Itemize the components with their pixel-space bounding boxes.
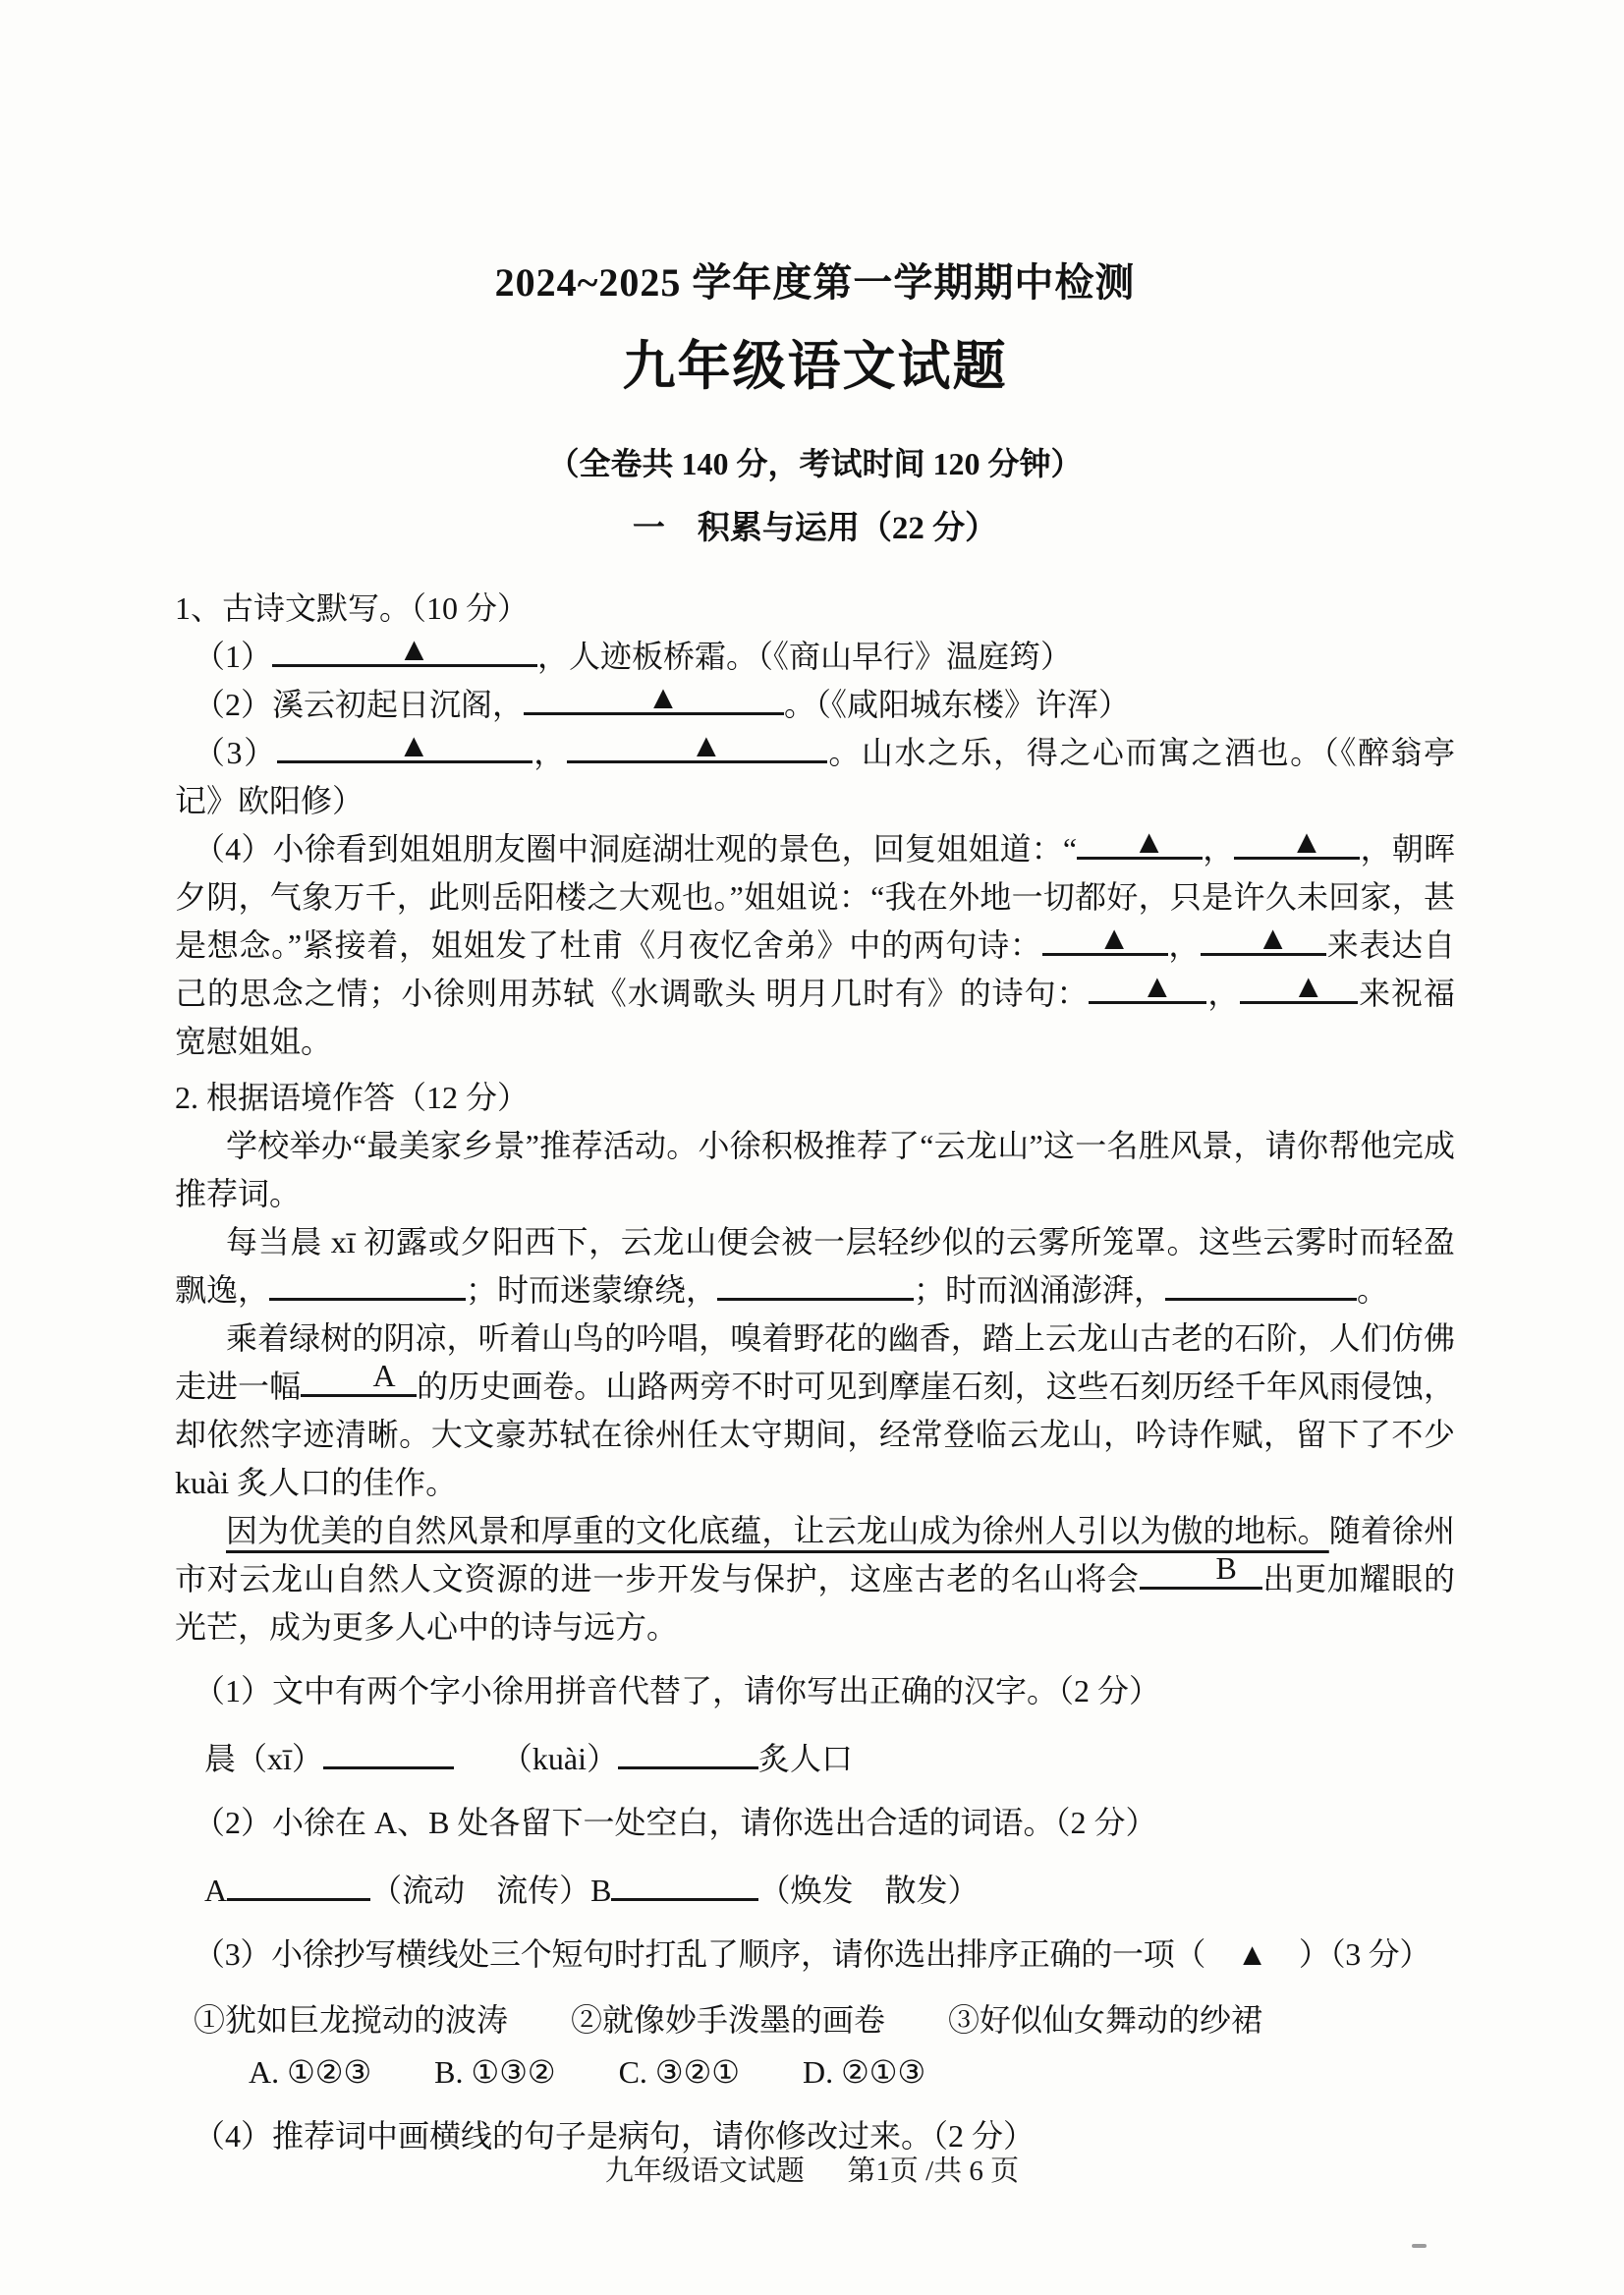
question1-heading: 1、古诗文默写。（10 分） <box>175 585 1455 633</box>
text-run: 。（《咸阳城东楼》许浑） <box>784 687 1130 722</box>
triangle-mark: ▲ <box>1238 923 1289 956</box>
q2-recommendation-paragraph-2: 乘着绿树的阴凉，听着山鸟的吟唱，嗅着野花的幽香，踏上云龙山古老的石阶，人们仿佛走… <box>175 1315 1455 1507</box>
triangle-mark: ▲ <box>1271 826 1322 860</box>
text-run: A. ①②③ B. ①③② C. ③②① D. ②①③ <box>249 2054 925 2090</box>
footer-page-number: 第1页 /共 6 页 <box>847 2155 1019 2187</box>
answer-blank-triangle: ▲ <box>1201 924 1326 956</box>
blank-label: B <box>1164 1552 1236 1584</box>
q2-recommendation-paragraph-1: 每当晨 xī 初露或夕阳西下，云龙山便会被一层轻纱似的云雾所笼罩。这些云雾时而轻… <box>175 1218 1455 1315</box>
answer-blank-triangle: ▲ <box>524 683 784 715</box>
triangle-mark: ▲ <box>628 682 679 715</box>
triangle-mark: ▲ <box>671 730 722 763</box>
text-run: 。 <box>1357 1272 1388 1308</box>
text-run: （3） <box>194 735 277 770</box>
answer-blank <box>717 1268 914 1301</box>
triangle-mark: ▲ <box>379 730 430 763</box>
text-run: ， <box>1203 831 1234 867</box>
answer-blank <box>618 1737 758 1769</box>
paper-meta: （全卷共 140 分，考试时间 120 分钟） <box>175 446 1455 481</box>
blank-label: A <box>322 1360 396 1391</box>
text-run: ， <box>532 735 567 770</box>
q2-sub-question-2: （2）小徐在 A、B 处各留下一处空白，请你选出合适的词语。（2 分） <box>175 1799 1455 1847</box>
q2-intro-paragraph: 学校举办“最美家乡景”推荐活动。小徐积极推荐了“云龙山”这一名胜风景，请你帮他完… <box>175 1122 1455 1218</box>
text-run: （2）小徐在 A、B 处各留下一处空白，请你选出合适的词语。（2 分） <box>194 1805 1156 1840</box>
text-run: （1） <box>194 639 272 674</box>
section1-heading: 一 积累与运用（22 分） <box>175 511 1455 547</box>
answer-blank-triangle: ▲ <box>1234 827 1360 860</box>
text-run: （2）溪云初起日沉阁， <box>194 687 524 722</box>
answer-blank <box>269 1268 466 1301</box>
answer-blank-triangle: ▲ <box>272 635 537 667</box>
paper-title: 九年级语文试题 <box>175 338 1455 395</box>
triangle-mark: ▲ <box>1122 971 1173 1004</box>
q2-recommendation-paragraph-3: 因为优美的自然风景和厚重的文化底蕴，让云龙山成为徐州人引以为傲的地标。随着徐州市… <box>175 1507 1455 1651</box>
text-run: （流动 流传）B <box>370 1873 611 1908</box>
answer-blank-triangle: ▲ <box>1240 972 1358 1004</box>
answer-blank-triangle: ▲ <box>277 731 532 763</box>
answer-blank <box>1165 1268 1357 1301</box>
q2-sub-question-1: （1）文中有两个字小徐用拼音代替了，请你写出正确的汉字。（2 分） <box>175 1667 1455 1715</box>
text-run: ， <box>1168 927 1201 963</box>
answer-blank <box>227 1869 370 1901</box>
q2-sub-3-options: ①犹如巨龙搅动的波涛 ②就像妙手泼墨的画卷 ③好似仙女舞动的纱裙 <box>175 1996 1455 2044</box>
triangle-mark: ▲ <box>1079 923 1130 956</box>
text-run: ；时而汹涌澎湃， <box>914 1272 1165 1308</box>
footer-spacer <box>812 2155 840 2187</box>
answer-blank <box>323 1737 454 1769</box>
q1-item-4: （4）小徐看到姐姐朋友圈中洞庭湖壮观的景色，回复姐姐道：“▲，▲，朝晖夕阴，气象… <box>175 825 1455 1066</box>
page-footer: 九年级语文试题 第1页 /共 6 页 <box>0 2154 1624 2189</box>
text-run: 晨（xī） <box>204 1741 323 1776</box>
answer-blank-triangle: ▲ <box>1089 972 1206 1004</box>
answer-blank <box>611 1869 758 1901</box>
q1-item-1: （1）▲，人迹板桥霜。（《商山早行》温庭筠） <box>175 633 1455 681</box>
underlined-text: 因为优美的自然风景和厚重的文化底蕴，让云龙山成为徐州人引以为傲的地标。 <box>226 1513 1329 1548</box>
text-run: A <box>204 1873 227 1908</box>
answer-blank: A <box>301 1365 417 1397</box>
scan-artifact-dash <box>1412 2244 1427 2248</box>
q1-item-3: （3）▲，▲。山水之乐，得之心而寓之酒也。（《醉翁亭记》欧阳修） <box>175 729 1455 825</box>
triangle-mark: ▲ <box>379 634 430 667</box>
q2-sub-2-answer-line: A（流动 流传）B（焕发 散发） <box>175 1867 1455 1915</box>
text-run: （4）推荐词中画横线的句子是病句，请你修改过来。（2 分） <box>194 2118 1035 2154</box>
answer-blank-triangle: ▲ <box>567 731 827 763</box>
q1-item-2: （2）溪云初起日沉阁，▲。（《咸阳城东楼》许浑） <box>175 681 1455 729</box>
exam-session-title: 2024~2025 学年度第一学期期中检测 <box>175 261 1455 305</box>
text-run: 2. 根据语境作答（12 分） <box>175 1080 529 1115</box>
answer-blank-triangle: ▲ <box>1077 827 1203 860</box>
triangle-mark: ▲ <box>1114 826 1165 860</box>
text-run: （kuài） <box>454 1741 618 1776</box>
footer-doc-title: 九年级语文试题 <box>605 2155 805 2187</box>
text-run: （4）小徐看到姐姐朋友圈中洞庭湖壮观的景色，回复姐姐道：“ <box>194 831 1077 867</box>
text-run: 学校举办“最美家乡景”推荐活动。小徐积极推荐了“云龙山”这一名胜风景，请你帮他完… <box>175 1128 1455 1211</box>
text-run: （3）小徐抄写横线处三个短句时打乱了顺序，请你选出排序正确的一项（ ▲ ）（3 … <box>194 1936 1430 1972</box>
question2-heading: 2. 根据语境作答（12 分） <box>175 1074 1455 1122</box>
text-run: （焕发 散发） <box>758 1873 979 1908</box>
triangle-mark: ▲ <box>1273 971 1324 1004</box>
answer-blank-triangle: ▲ <box>1042 924 1168 956</box>
text-run: ；时而迷蒙缭绕， <box>466 1272 717 1308</box>
text-run: ， <box>1206 976 1240 1011</box>
q2-sub-3-choices: A. ①②③ B. ①③② C. ③②① D. ②①③ <box>175 2048 1455 2097</box>
q2-sub-1-answer-line: 晨（xī） （kuài）炙人口 <box>175 1735 1455 1783</box>
text-run: （1）文中有两个字小徐用拼音代替了，请你写出正确的汉字。（2 分） <box>194 1673 1160 1708</box>
text-run: ①犹如巨龙搅动的波涛 ②就像妙手泼墨的画卷 ③好似仙女舞动的纱裙 <box>194 2002 1262 2038</box>
exam-paper-page: 2024~2025 学年度第一学期期中检测 九年级语文试题 （全卷共 140 分… <box>0 0 1624 2295</box>
q2-sub-question-3: （3）小徐抄写横线处三个短句时打乱了顺序，请你选出排序正确的一项（ ▲ ）（3 … <box>175 1931 1455 1979</box>
text-run: 1、古诗文默写。（10 分） <box>175 590 529 626</box>
text-run: ，人迹板桥霜。（《商山早行》温庭筠） <box>537 639 1072 674</box>
answer-blank: B <box>1140 1557 1262 1590</box>
text-run: 炙人口 <box>758 1741 853 1776</box>
